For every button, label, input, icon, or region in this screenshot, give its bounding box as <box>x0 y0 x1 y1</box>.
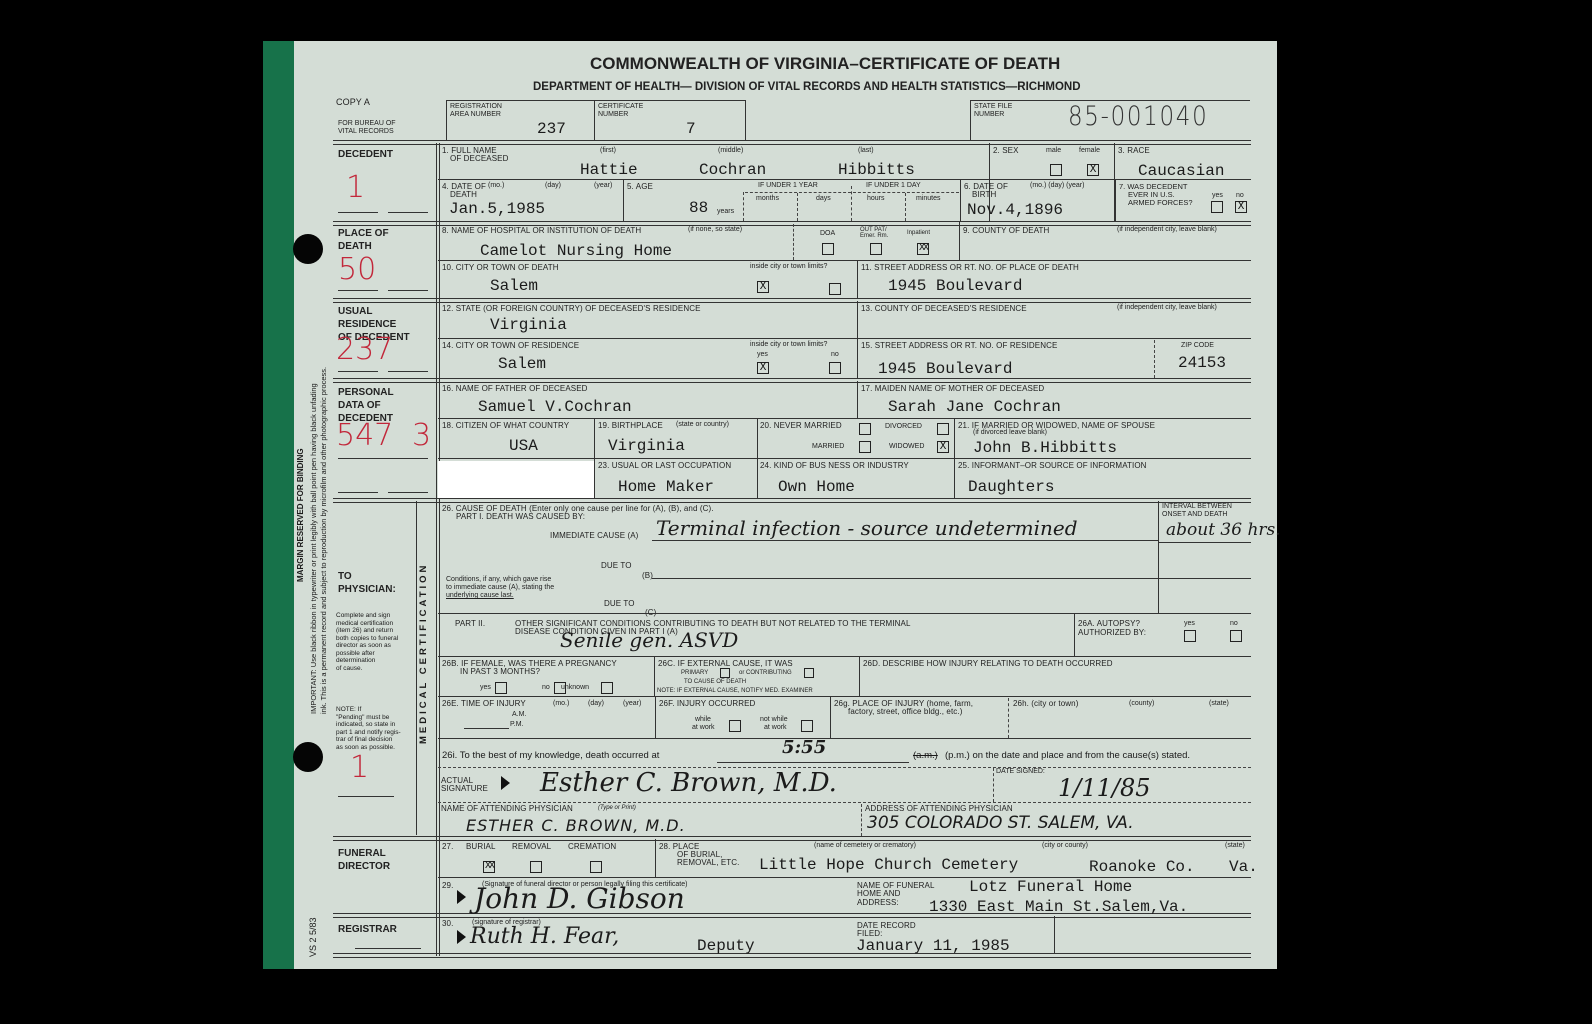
time-of-death-label: 26i. To the best of my knowledge, death … <box>442 750 659 761</box>
registrar-title: Deputy <box>697 937 755 955</box>
copy-label: COPY A <box>336 97 370 107</box>
doa-label: DOA <box>820 230 835 237</box>
dob-sub-label: (mo.) (day) (year) <box>1030 182 1084 189</box>
outpatient-checkbox[interactable] <box>870 243 882 255</box>
outpat-label: Emer. Rm. <box>860 233 888 239</box>
state-file-label: STATE FILE <box>974 103 1012 110</box>
code-personal-a: 547 <box>336 418 393 453</box>
field-label-date-of-death: DEATH <box>450 190 477 199</box>
residence-inside-limits-yes[interactable]: X <box>757 362 769 374</box>
not-while-at-work-checkbox[interactable] <box>801 720 813 732</box>
field-label-autopsy: AUTHORIZED BY: <box>1078 628 1146 637</box>
code-place: 50 <box>338 252 376 287</box>
citizen-country: USA <box>509 437 538 455</box>
binding-strip <box>263 41 294 969</box>
armed-forces-no-checkbox[interactable]: X <box>1235 201 1247 213</box>
physician-signature: Esther C. Brown, M.D. <box>540 768 837 798</box>
while-work-label: at work <box>692 724 715 731</box>
signature-arrow-icon <box>457 890 466 904</box>
funeral-home-name: Lotz Funeral Home <box>969 878 1132 896</box>
married-checkbox[interactable] <box>859 441 871 453</box>
field-label-funeral-director-sig: 29. <box>442 881 453 890</box>
copy-sub: FOR BUREAU OF <box>338 120 396 127</box>
hospital-name: Camelot Nursing Home <box>480 242 672 260</box>
doa-checkbox[interactable] <box>822 243 834 255</box>
age-value: 88 <box>689 199 708 217</box>
cremation-label: CREMATION <box>568 842 616 851</box>
removal-label: REMOVAL <box>512 842 551 851</box>
field-label-father: 16. NAME OF FATHER OF DECEASED <box>442 384 588 393</box>
residence-inside-limits-no[interactable] <box>829 362 841 374</box>
interval-label: ONSET AND DEATH <box>1162 511 1227 518</box>
hours-label: hours <box>867 195 885 202</box>
physician-address: 305 COLORADO ST. SALEM, VA. <box>867 813 1134 833</box>
field-label-residence-street: 15. STREET ADDRESS OR RT. NO. OF RESIDEN… <box>861 341 1057 350</box>
cremation-checkbox[interactable] <box>590 861 602 873</box>
field-label-citizen: 18. CITIZEN OF WHAT COUNTRY <box>442 421 569 430</box>
signature-arrow-icon <box>501 776 510 790</box>
no-label: no <box>1230 620 1238 627</box>
field-label-city-of-death: 10. CITY OR TOWN OF DEATH <box>442 263 559 272</box>
cemetery-name: Little Hope Church Cemetery <box>759 856 1018 874</box>
certificate-number: 7 <box>686 120 696 138</box>
state-label: (state) <box>1225 842 1245 849</box>
zip-code: 24153 <box>1178 354 1226 372</box>
yes-label: yes <box>757 351 768 358</box>
field-label-burial-place: REMOVAL, ETC. <box>677 858 740 867</box>
attending-physician-name: ESTHER C. BROWN, M.D. <box>466 816 686 835</box>
primary-label: PRIMARY <box>681 670 708 676</box>
medical-certification-label: MEDICAL CERTIFICATION <box>418 563 429 744</box>
last-label: (last) <box>858 147 874 154</box>
burial-checkbox[interactable]: XX <box>483 861 495 873</box>
day-label: (day) <box>588 700 604 707</box>
section-personal-data: PERSONAL <box>338 386 394 399</box>
field-label-armed-forces: ARMED FORCES? <box>1128 198 1193 207</box>
sex-male-checkbox[interactable] <box>1050 164 1062 176</box>
no-label: no <box>831 351 839 358</box>
funeral-home-label: HOME AND <box>857 889 900 898</box>
armed-forces-yes-checkbox[interactable] <box>1211 201 1223 213</box>
business-value: Own Home <box>778 478 855 496</box>
actual-signature-label: SIGNATURE <box>441 784 488 793</box>
field-label-business: 24. KIND OF BUS NESS OR INDUSTRY <box>760 461 909 470</box>
under-1-year-label: IF UNDER 1 YEAR <box>758 182 818 189</box>
pm-label: P.M. <box>510 721 524 728</box>
days-label: days <box>816 195 831 202</box>
field-label-residence-state: 12. STATE (OR FOREIGN COUNTRY) OF DECEAS… <box>442 304 701 313</box>
conditions-note: Conditions, if any, which gave rise <box>446 576 551 583</box>
married-label: MARRIED <box>812 443 844 450</box>
months-label: months <box>756 195 779 202</box>
residence-street: 1945 Boulevard <box>878 360 1012 378</box>
date-filed-value: January 11, 1985 <box>856 937 1010 955</box>
interval-value: about 36 hrs. <box>1166 520 1281 540</box>
while-work-label: while <box>695 716 711 723</box>
state-file-number: 85-001040 <box>1068 101 1208 132</box>
pregnancy-unknown-checkbox[interactable] <box>601 682 613 694</box>
decedent-middle-name: Cochran <box>699 161 766 179</box>
pending-note: NOTE: If"Pending" must beindicated, so s… <box>336 706 401 751</box>
section-registrar: REGISTRAR <box>338 923 397 936</box>
form-code: VS 2 5/83 <box>308 917 318 957</box>
conditions-note: to immediate cause (A), stating the <box>446 584 554 591</box>
certificate-title: COMMONWEALTH OF VIRGINIA–CERTIFICATE OF … <box>590 54 1060 74</box>
city-county-label: (city or county) <box>1042 842 1088 849</box>
date-of-birth: Nov.4,1896 <box>967 201 1063 219</box>
section-personal-data: DATA OF <box>338 399 381 412</box>
years-label: years <box>717 208 734 215</box>
field-label-registrar-sig: 30. <box>442 919 453 928</box>
first-label: (first) <box>600 147 616 154</box>
field-label-sex: 2. SEX <box>993 146 1019 155</box>
registrar-signature: Ruth H. Fear, <box>470 924 619 949</box>
to-cause-label: TO CAUSE OF DEATH <box>684 679 746 685</box>
minutes-label: minutes <box>916 195 941 202</box>
no-label: no <box>1236 192 1244 199</box>
field-label-autopsy: 26a. AUTOPSY? <box>1078 619 1140 628</box>
pregnancy-yes-checkbox[interactable] <box>495 682 507 694</box>
cemetery-county: Roanoke Co. <box>1089 858 1195 876</box>
field-label-race: 3. RACE <box>1118 146 1150 155</box>
state-label: (state) <box>1209 700 1229 707</box>
day-label: (day) <box>545 182 561 189</box>
field-label-county-of-death: 9. COUNTY OF DEATH <box>963 226 1049 235</box>
death-street-address: 1945 Boulevard <box>888 277 1022 295</box>
burial-label: BURIAL <box>466 842 496 851</box>
attending-physician-label: NAME OF ATTENDING PHYSICIAN <box>441 804 573 813</box>
field-label-date-of-birth: BIRTH <box>972 190 996 199</box>
interval-label: INTERVAL BETWEEN <box>1162 503 1232 510</box>
date-signed-label: DATE SIGNED: <box>996 768 1045 775</box>
race-value: Caucasian <box>1138 162 1224 180</box>
field-label-external-cause: 26c. IF EXTERNAL CAUSE, IT WAS <box>658 659 793 668</box>
copy-sub: VITAL RECORDS <box>338 128 394 135</box>
yes-label: yes <box>1184 620 1195 627</box>
certificate-subtitle: DEPARTMENT OF HEALTH— DIVISION OF VITAL … <box>533 81 1081 93</box>
immediate-cause-label: IMMEDIATE CAUSE (A) <box>550 531 638 540</box>
state-file-label: NUMBER <box>974 111 1004 118</box>
contributing-label: or CONTRIBUTING <box>739 670 792 676</box>
signature-arrow-icon <box>457 930 466 944</box>
primary-checkbox[interactable] <box>720 668 730 678</box>
cert-num-label: CERTIFICATE <box>598 103 643 110</box>
divorced-label: DIVORCED <box>885 423 922 430</box>
spouse-sub: (if divorced leave blank) <box>973 429 1047 436</box>
important-note-2: ink. This is a permanent record and subj… <box>319 367 328 714</box>
mo-label: (mo.) <box>553 700 569 707</box>
reg-area-label: REGISTRATION <box>450 103 502 110</box>
code-personal-b: 3 <box>412 418 431 453</box>
widowed-label: WIDOWED <box>889 443 924 450</box>
death-inside-limits-yes[interactable]: X <box>757 281 769 293</box>
physician-instructions: Complete and signmedical certification(i… <box>336 612 398 672</box>
inpatient-checkbox[interactable]: XX <box>917 243 929 255</box>
field-label-marital: 20. NEVER MARRIED <box>760 421 842 430</box>
external-cause-note: NOTE: IF EXTERNAL CAUSE, NOTIFY MED. EXA… <box>657 688 813 694</box>
not-while-work-label: at work <box>764 724 787 731</box>
section-funeral-director: FUNERAL <box>338 847 386 860</box>
time-of-death-tail: (p.m.) on the date and place and from th… <box>945 750 1190 761</box>
funeral-home-label: ADDRESS: <box>857 898 899 907</box>
part2-label: PART II. <box>455 619 485 628</box>
county-label: (county) <box>1129 700 1154 707</box>
due-to-b-label: DUE TO <box>601 561 632 570</box>
part1-label: PART I. DEATH WAS CAUSED BY: <box>456 512 585 521</box>
field-label-disposition: 27. <box>442 842 453 851</box>
type-or-print-label: (Type or Print) <box>598 805 636 811</box>
field-label-mother: 17. MAIDEN NAME OF MOTHER OF DECEASED <box>861 384 1044 393</box>
mo-label: (mo.) <box>488 182 504 189</box>
inpatient-label: Inpatient <box>907 230 930 236</box>
removal-checkbox[interactable] <box>530 861 542 873</box>
father-name: Samuel V.Cochran <box>478 398 632 416</box>
part2-value: Senile gen. ASVD <box>560 628 738 652</box>
funeral-home-address: 1330 East Main St.Salem,Va. <box>929 898 1188 916</box>
section-to-physician: PHYSICIAN: <box>338 583 396 596</box>
field-label-death-street: 11. STREET ADDRESS OR RT. NO. OF PLACE O… <box>861 263 1079 272</box>
cemetery-state: Va. <box>1229 858 1258 876</box>
autopsy-yes-checkbox[interactable] <box>1184 630 1196 642</box>
unknown-label: unknown <box>561 684 589 691</box>
section-decedent: DECEDENT <box>338 148 393 161</box>
field-label-residence-county: 13. COUNTY OF DECEASED'S RESIDENCE <box>861 304 1027 313</box>
zip-label: ZIP CODE <box>1181 342 1214 349</box>
code-residence: 237 <box>336 332 393 367</box>
conditions-note: underlying cause last. <box>446 592 514 599</box>
punch-hole <box>293 234 323 264</box>
am-label: A.M. <box>512 711 526 718</box>
inside-limits-label: inside city or town limits? <box>750 263 827 270</box>
section-to-physician: TO <box>338 570 352 583</box>
important-note-1: IMPORTANT: Use black ribbon in typewrite… <box>309 383 318 714</box>
under-1-day-label: IF UNDER 1 DAY <box>866 182 921 189</box>
middle-label: (middle) <box>718 147 743 154</box>
due-to-c-label: DUE TO <box>604 599 635 608</box>
punch-hole <box>293 742 323 772</box>
field-label-birthplace: 19. BIRTHPLACE <box>598 421 663 430</box>
residence-city: Salem <box>498 355 546 373</box>
field-label-age: 5. AGE <box>627 182 653 191</box>
contributing-checkbox[interactable] <box>804 668 814 678</box>
binding-margin-label: MARGIN RESERVED FOR BINDING <box>296 448 305 582</box>
while-at-work-checkbox[interactable] <box>729 720 741 732</box>
mother-name: Sarah Jane Cochran <box>888 398 1061 416</box>
field-label-occupation: 23. USUAL OR LAST OCCUPATION <box>598 461 731 470</box>
inside-limits-label: inside city or town limits? <box>750 341 827 348</box>
not-while-work-label: not while <box>760 716 788 723</box>
am-struck: (a.m.) <box>913 750 938 761</box>
hospital-sub-label: (if none, so state) <box>688 226 742 233</box>
year-label: (year) <box>594 182 612 189</box>
divorced-checkbox[interactable] <box>937 423 949 435</box>
informant-value: Daughters <box>968 478 1054 496</box>
field-label-time-of-injury: 26e. TIME OF INJURY <box>442 699 526 708</box>
code-physician: 1 <box>350 750 369 785</box>
immediate-cause-value: Terminal infection - source undetermined <box>656 516 1078 540</box>
never-married-checkbox[interactable] <box>859 423 871 435</box>
field-label-residence-city: 14. CITY OR TOWN OF RESIDENCE <box>442 341 579 350</box>
male-label: male <box>1046 147 1061 154</box>
time-of-death-value: 5:55 <box>782 737 826 758</box>
registration-area-number: 237 <box>537 120 566 138</box>
death-inside-limits-no[interactable] <box>829 283 841 295</box>
decedent-last-name: Hibbitts <box>838 161 915 179</box>
field-label-full-name: OF DECEASED <box>450 154 508 163</box>
field-label-injury-city: 26h. (city or town) <box>1013 699 1078 708</box>
cemetery-label: (name of cemetery or crematory) <box>814 842 916 849</box>
year-label: (year) <box>623 700 641 707</box>
field-label-place-of-injury: factory, street, office bldg., etc.) <box>848 707 962 716</box>
section-usual-residence: USUAL <box>338 305 372 318</box>
section-place-of-death: PLACE OF <box>338 227 389 240</box>
field-label-pregnancy: IN PAST 3 MONTHS? <box>460 667 540 676</box>
spouse-name: John B.Hibbitts <box>973 439 1117 457</box>
residence-state: Virginia <box>490 316 567 334</box>
widowed-checkbox[interactable]: X <box>937 441 949 453</box>
autopsy-no-checkbox[interactable] <box>1230 630 1242 642</box>
independent-city-note: (if independent city, leave blank) <box>1117 304 1217 311</box>
cert-num-label: NUMBER <box>598 111 628 118</box>
funeral-director-signature: John D. Gibson <box>474 882 685 915</box>
no-label: no <box>542 684 550 691</box>
independent-city-note: (if independent city, leave blank) <box>1117 226 1217 233</box>
field-label-injury-occurred: 26f. INJURY OCCURRED <box>659 699 755 708</box>
birthplace-value: Virginia <box>608 437 685 455</box>
field-label-hospital: 8. NAME OF HOSPITAL OR INSTITUTION OF DE… <box>442 226 641 235</box>
decedent-first-name: Hattie <box>580 161 638 179</box>
field-label-injury-description: 26d. DESCRIBE HOW INJURY RELATING TO DEA… <box>863 659 1113 668</box>
female-label: female <box>1079 147 1100 154</box>
yes-label: yes <box>1212 192 1223 199</box>
city-of-death: Salem <box>490 277 538 295</box>
field-label-informant: 25. INFORMANT–OR SOURCE OF INFORMATION <box>958 461 1147 470</box>
date-signed-value: 1/11/85 <box>1058 774 1151 802</box>
birthplace-sub: (state or country) <box>676 421 729 428</box>
yes-label: yes <box>480 684 491 691</box>
section-funeral-director: DIRECTOR <box>338 860 390 873</box>
reg-area-label: AREA NUMBER <box>450 111 501 118</box>
occupation-value: Home Maker <box>618 478 714 496</box>
physician-address-label: ADDRESS OF ATTENDING PHYSICIAN <box>865 804 1013 813</box>
redacted-ssn <box>438 461 594 498</box>
section-usual-residence: RESIDENCE <box>338 318 396 331</box>
date-of-death: Jan.5,1985 <box>449 200 545 218</box>
code-decedent: 1 <box>346 170 365 205</box>
sex-female-checkbox[interactable]: X <box>1087 164 1099 176</box>
